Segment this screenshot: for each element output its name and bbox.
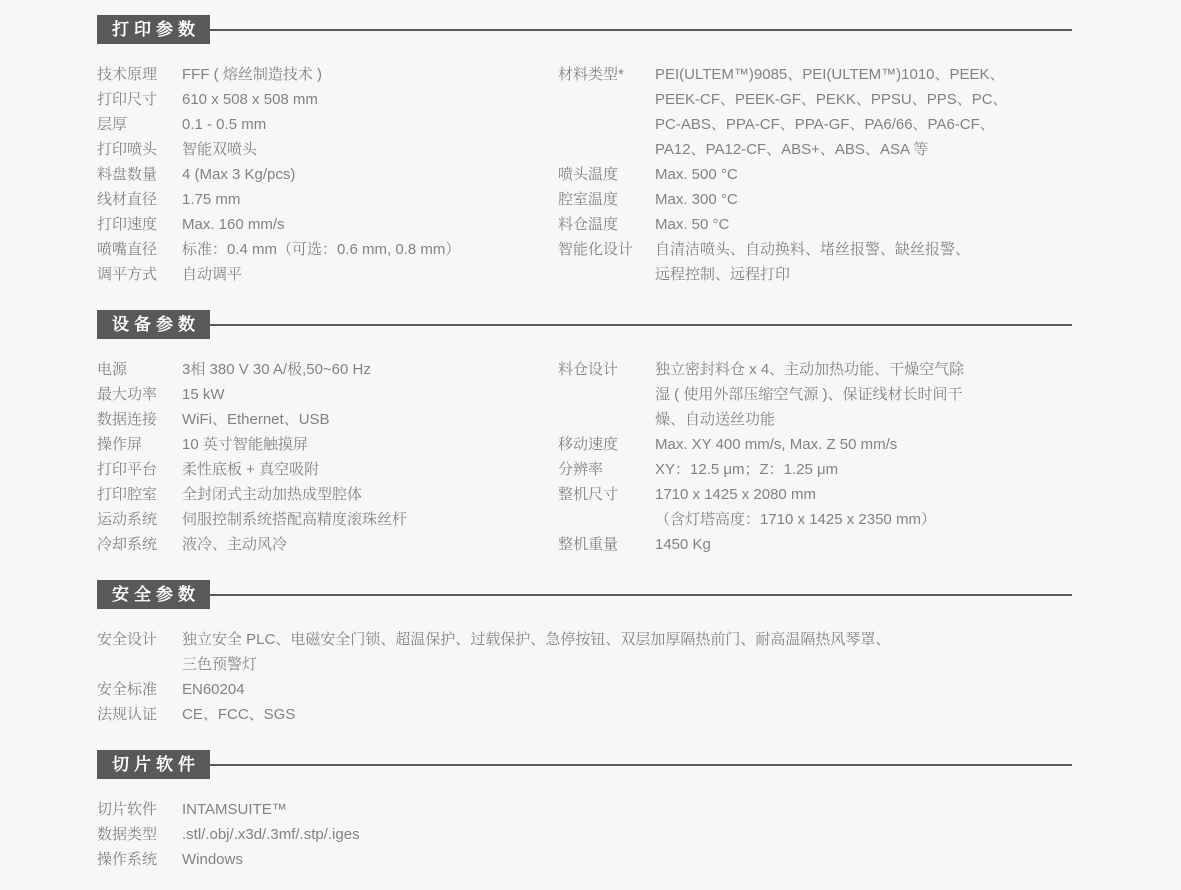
spec-value: 伺服控制系统搭配高精度滚珠丝杆 — [182, 507, 558, 532]
spec-label: 技术原理 — [97, 62, 182, 87]
spec-sheet-content: 打印参数技术原理FFF ( 熔丝制造技术 )打印尺寸610 x 508 x 50… — [0, 0, 1181, 872]
spec-row: 料盘数量4 (Max 3 Kg/pcs) — [97, 162, 558, 187]
spec-row: 整机尺寸1710 x 1425 x 2080 mm （含灯塔高度：1710 x … — [558, 482, 1072, 532]
spec-column: 材料类型*PEI(ULTEM™)9085、PEI(ULTEM™)1010、PEE… — [558, 62, 1072, 287]
spec-label: 料盘数量 — [97, 162, 182, 187]
spec-row: 料仓温度Max. 50 °C — [558, 212, 1072, 237]
spec-value: .stl/.obj/.x3d/.3mf/.stp/.iges — [182, 822, 1072, 847]
spec-row: 调平方式自动调平 — [97, 262, 558, 287]
spec-value: CE、FCC、SGS — [182, 702, 1072, 727]
spec-value: Max. 160 mm/s — [182, 212, 558, 237]
section-columns: 安全设计独立安全 PLC、电磁安全门锁、超温保护、过载保护、急停按钮、双层加厚隔… — [97, 627, 1072, 727]
spec-value: EN60204 — [182, 677, 1072, 702]
section-slicing-software: 切片软件切片软件INTAMSUITE™数据类型.stl/.obj/.x3d/.3… — [97, 750, 1072, 872]
section-columns: 切片软件INTAMSUITE™数据类型.stl/.obj/.x3d/.3mf/.… — [97, 797, 1072, 872]
spec-label: 冷却系统 — [97, 532, 182, 557]
spec-row: 数据连接WiFi、Ethernet、USB — [97, 407, 558, 432]
spec-column: 电源3相 380 V 30 A/极,50~60 Hz最大功率15 kW数据连接W… — [97, 357, 558, 557]
spec-row: 打印腔室全封闭式主动加热成型腔体 — [97, 482, 558, 507]
spec-value: 10 英寸智能触摸屏 — [182, 432, 558, 457]
spec-label: 运动系统 — [97, 507, 182, 532]
spec-row: 安全设计独立安全 PLC、电磁安全门锁、超温保护、过载保护、急停按钮、双层加厚隔… — [97, 627, 1072, 677]
section-columns: 电源3相 380 V 30 A/极,50~60 Hz最大功率15 kW数据连接W… — [97, 357, 1072, 557]
spec-value: Max. 500 °C — [655, 162, 1072, 187]
spec-row: 打印速度Max. 160 mm/s — [97, 212, 558, 237]
spec-row: 打印尺寸610 x 508 x 508 mm — [97, 87, 558, 112]
spec-value: INTAMSUITE™ — [182, 797, 1072, 822]
spec-label: 法规认证 — [97, 702, 182, 727]
spec-value: 1710 x 1425 x 2080 mm （含灯塔高度：1710 x 1425… — [655, 482, 1072, 532]
spec-row: 冷却系统液冷、主动风冷 — [97, 532, 558, 557]
spec-label: 打印腔室 — [97, 482, 182, 507]
spec-row: 切片软件INTAMSUITE™ — [97, 797, 1072, 822]
section-header-safety-params: 安全参数 — [97, 580, 1072, 609]
spec-row: 技术原理FFF ( 熔丝制造技术 ) — [97, 62, 558, 87]
spec-value: 3相 380 V 30 A/极,50~60 Hz — [182, 357, 558, 382]
spec-value: WiFi、Ethernet、USB — [182, 407, 558, 432]
spec-row: 打印平台柔性底板 + 真空吸附 — [97, 457, 558, 482]
spec-column: 料仓设计独立密封料仓 x 4、主动加热功能、干燥空气除 湿 ( 使用外部压缩空气… — [558, 357, 1072, 557]
spec-value: 4 (Max 3 Kg/pcs) — [182, 162, 558, 187]
spec-row: 法规认证CE、FCC、SGS — [97, 702, 1072, 727]
spec-value: 柔性底板 + 真空吸附 — [182, 457, 558, 482]
section-print-params: 打印参数技术原理FFF ( 熔丝制造技术 )打印尺寸610 x 508 x 50… — [97, 15, 1072, 287]
spec-label: 分辨率 — [558, 457, 655, 482]
spec-column: 安全设计独立安全 PLC、电磁安全门锁、超温保护、过载保护、急停按钮、双层加厚隔… — [97, 627, 1072, 727]
section-safety-params: 安全参数安全设计独立安全 PLC、电磁安全门锁、超温保护、过载保护、急停按钮、双… — [97, 580, 1072, 727]
spec-label: 安全标准 — [97, 677, 182, 702]
spec-label: 安全设计 — [97, 627, 182, 652]
spec-row: 运动系统伺服控制系统搭配高精度滚珠丝杆 — [97, 507, 558, 532]
spec-value: 自清洁喷头、自动换料、堵丝报警、缺丝报警、 远程控制、远程打印 — [655, 237, 1072, 287]
spec-label: 电源 — [97, 357, 182, 382]
spec-row: 整机重量1450 Kg — [558, 532, 1072, 557]
spec-label: 打印速度 — [97, 212, 182, 237]
spec-row: 材料类型*PEI(ULTEM™)9085、PEI(ULTEM™)1010、PEE… — [558, 62, 1072, 162]
spec-value: 独立密封料仓 x 4、主动加热功能、干燥空气除 湿 ( 使用外部压缩空气源 )、… — [655, 357, 1072, 432]
spec-value: 15 kW — [182, 382, 558, 407]
spec-row: 移动速度Max. XY 400 mm/s, Max. Z 50 mm/s — [558, 432, 1072, 457]
section-header-slicing-software: 切片软件 — [97, 750, 1072, 779]
spec-label: 喷嘴直径 — [97, 237, 182, 262]
spec-label: 数据连接 — [97, 407, 182, 432]
spec-row: 电源3相 380 V 30 A/极,50~60 Hz — [97, 357, 558, 382]
spec-row: 最大功率15 kW — [97, 382, 558, 407]
spec-label: 层厚 — [97, 112, 182, 137]
spec-value: 610 x 508 x 508 mm — [182, 87, 558, 112]
spec-row: 腔室温度Max. 300 °C — [558, 187, 1072, 212]
spec-label: 材料类型* — [558, 62, 655, 87]
section-title-badge: 设备参数 — [97, 310, 210, 339]
spec-label: 切片软件 — [97, 797, 182, 822]
section-rule-line — [210, 764, 1072, 766]
spec-row: 操作系统Windows — [97, 847, 1072, 872]
spec-value: Max. XY 400 mm/s, Max. Z 50 mm/s — [655, 432, 1072, 457]
section-header-device-params: 设备参数 — [97, 310, 1072, 339]
spec-label: 线材直径 — [97, 187, 182, 212]
spec-column: 技术原理FFF ( 熔丝制造技术 )打印尺寸610 x 508 x 508 mm… — [97, 62, 558, 287]
section-columns: 技术原理FFF ( 熔丝制造技术 )打印尺寸610 x 508 x 508 mm… — [97, 62, 1072, 287]
spec-value: PEI(ULTEM™)9085、PEI(ULTEM™)1010、PEEK、 PE… — [655, 62, 1072, 162]
spec-label: 腔室温度 — [558, 187, 655, 212]
spec-label: 打印尺寸 — [97, 87, 182, 112]
spec-label: 调平方式 — [97, 262, 182, 287]
spec-value: 独立安全 PLC、电磁安全门锁、超温保护、过载保护、急停按钮、双层加厚隔热前门、… — [182, 627, 1072, 677]
spec-label: 智能化设计 — [558, 237, 655, 262]
spec-row: 安全标准EN60204 — [97, 677, 1072, 702]
section-rule-line — [210, 29, 1072, 31]
spec-value: Windows — [182, 847, 1072, 872]
spec-label: 移动速度 — [558, 432, 655, 457]
spec-value: 1450 Kg — [655, 532, 1072, 557]
section-rule-line — [210, 324, 1072, 326]
spec-label: 操作屏 — [97, 432, 182, 457]
section-rule-line — [210, 594, 1072, 596]
spec-value: 自动调平 — [182, 262, 558, 287]
spec-value: XY：12.5 μm；Z：1.25 μm — [655, 457, 1072, 482]
spec-label: 打印平台 — [97, 457, 182, 482]
spec-label: 最大功率 — [97, 382, 182, 407]
spec-row: 分辨率XY：12.5 μm；Z：1.25 μm — [558, 457, 1072, 482]
spec-row: 层厚0.1 - 0.5 mm — [97, 112, 558, 137]
spec-row: 线材直径1.75 mm — [97, 187, 558, 212]
spec-label: 料仓设计 — [558, 357, 655, 382]
spec-label: 料仓温度 — [558, 212, 655, 237]
spec-row: 喷头温度Max. 500 °C — [558, 162, 1072, 187]
spec-row: 操作屏10 英寸智能触摸屏 — [97, 432, 558, 457]
spec-label: 操作系统 — [97, 847, 182, 872]
spec-row: 数据类型.stl/.obj/.x3d/.3mf/.stp/.iges — [97, 822, 1072, 847]
spec-value: 全封闭式主动加热成型腔体 — [182, 482, 558, 507]
spec-value: FFF ( 熔丝制造技术 ) — [182, 62, 558, 87]
spec-label: 喷头温度 — [558, 162, 655, 187]
spec-row: 打印喷头智能双喷头 — [97, 137, 558, 162]
spec-label: 整机重量 — [558, 532, 655, 557]
spec-value: 0.1 - 0.5 mm — [182, 112, 558, 137]
spec-row: 喷嘴直径标准：0.4 mm（可选：0.6 mm, 0.8 mm） — [97, 237, 558, 262]
spec-label: 整机尺寸 — [558, 482, 655, 507]
spec-label: 打印喷头 — [97, 137, 182, 162]
section-title-badge: 打印参数 — [97, 15, 210, 44]
section-device-params: 设备参数电源3相 380 V 30 A/极,50~60 Hz最大功率15 kW数… — [97, 310, 1072, 557]
spec-sheet: 打印参数技术原理FFF ( 熔丝制造技术 )打印尺寸610 x 508 x 50… — [0, 0, 1181, 890]
spec-value: 1.75 mm — [182, 187, 558, 212]
spec-value: Max. 300 °C — [655, 187, 1072, 212]
spec-label: 数据类型 — [97, 822, 182, 847]
spec-value: 液冷、主动风冷 — [182, 532, 558, 557]
spec-value: Max. 50 °C — [655, 212, 1072, 237]
spec-row: 料仓设计独立密封料仓 x 4、主动加热功能、干燥空气除 湿 ( 使用外部压缩空气… — [558, 357, 1072, 432]
spec-value: 智能双喷头 — [182, 137, 558, 162]
section-title-badge: 切片软件 — [97, 750, 210, 779]
spec-column: 切片软件INTAMSUITE™数据类型.stl/.obj/.x3d/.3mf/.… — [97, 797, 1072, 872]
section-header-print-params: 打印参数 — [97, 15, 1072, 44]
spec-row: 智能化设计自清洁喷头、自动换料、堵丝报警、缺丝报警、 远程控制、远程打印 — [558, 237, 1072, 287]
section-title-badge: 安全参数 — [97, 580, 210, 609]
spec-value: 标准：0.4 mm（可选：0.6 mm, 0.8 mm） — [182, 237, 558, 262]
